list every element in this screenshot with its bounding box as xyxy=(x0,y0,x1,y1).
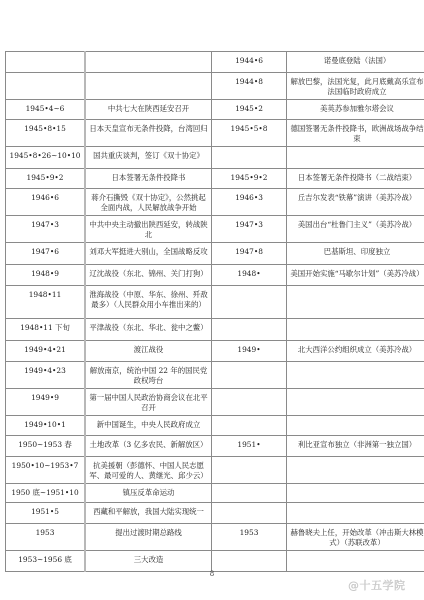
table-row: 1953~1956 底三大改造 xyxy=(6,551,424,572)
china-event-cell: 日本天皇宣布无条件投降，台湾回归 xyxy=(85,120,212,147)
china-event-cell xyxy=(85,52,212,73)
table-row: 1950 底~1951•10镇压反革命运动 xyxy=(6,484,424,503)
china-date-cell: 1949•10•1 xyxy=(6,416,86,436)
china-date-cell: 1945•9•2 xyxy=(6,169,86,189)
table-row: 1945•8•26~10•10国共重庆谈判，签订《双十协定》 xyxy=(6,147,424,169)
world-event-cell: 利比亚宣布独立（非洲第一独立国） xyxy=(287,436,424,457)
china-date-cell: 1950 底~1951•10 xyxy=(6,484,86,503)
world-event-cell xyxy=(287,147,424,169)
china-event-cell: 西藏和平解放，我国大陆实现统一 xyxy=(85,503,212,524)
table-body: 1944•6诺曼底登陆（法国）1944•8解放巴黎，法国光复，此月底戴高乐宣布法… xyxy=(6,52,424,572)
china-event-cell: 淮海战役（中原、华东、徐州、歼敌最多）（人民群众用小车推出来的） xyxy=(85,286,212,319)
table-row: 1953提出过渡时期总路线1953赫鲁晓夫上任，开始改革（冲击斯大林模式）（苏联… xyxy=(6,524,424,551)
china-date-cell: 1950~1953 春 xyxy=(6,436,86,457)
world-date-cell: 1948• xyxy=(212,265,287,286)
world-event-cell: 美英苏参加雅尔塔会议 xyxy=(287,100,424,120)
table-row: 1949•9第一届中国人民政治协商会议在北平召开 xyxy=(6,389,424,416)
world-event-cell xyxy=(287,319,424,341)
world-date-cell xyxy=(212,286,287,319)
table-row: 1949•4•21渡江战役1949•北大西洋公约组织成立（美苏冷战） xyxy=(6,341,424,362)
table-row: 1947•3中共中央主动撤出陕西延安，转战陕北1947•3美国出台“杜鲁门主义”… xyxy=(6,216,424,243)
world-event-cell xyxy=(287,457,424,484)
china-event-cell: 提出过渡时期总路线 xyxy=(85,524,212,551)
world-event-cell: 赫鲁晓夫上任，开始改革（冲击斯大林模式）（苏联改革） xyxy=(287,524,424,551)
world-date-cell: 1945•2 xyxy=(212,100,287,120)
china-date-cell: 1953 xyxy=(6,524,86,551)
china-event-cell: 渡江战役 xyxy=(85,341,212,362)
china-date-cell: 1947•6 xyxy=(6,243,86,265)
world-date-cell: 1951• xyxy=(212,436,287,457)
china-event-cell: 新中国诞生，中央人民政府成立 xyxy=(85,416,212,436)
china-event-cell: 刘邓大军挺进大别山，全国战略反攻 xyxy=(85,243,212,265)
china-event-cell: 日本签署无条件投降书 xyxy=(85,169,212,189)
china-event-cell: 中共中央主动撤出陕西延安，转战陕北 xyxy=(85,216,212,243)
china-event-cell: 国共重庆谈判，签订《双十协定》 xyxy=(85,147,212,169)
china-date-cell: 1949•4•23 xyxy=(6,362,86,389)
china-event-cell: 第一届中国人民政治协商会议在北平召开 xyxy=(85,389,212,416)
table-row: 1949•10•1新中国诞生，中央人民政府成立 xyxy=(6,416,424,436)
world-event-cell: 德国签署无条件投降书，欧洲战场战争结束 xyxy=(287,120,424,147)
table-row: 1950~1953 春土地改革（3 亿多农民、新解放区）1951•利比亚宣布独立… xyxy=(6,436,424,457)
china-date-cell: 1953~1956 底 xyxy=(6,551,86,572)
world-event-cell: 美国开始实施“马歇尔计划”（美苏冷战） xyxy=(287,265,424,286)
world-date-cell: 1946•3 xyxy=(212,189,287,216)
world-date-cell: 1944•6 xyxy=(212,52,287,73)
world-event-cell xyxy=(287,503,424,524)
china-event-cell: 中共七大在陕西延安召开 xyxy=(85,100,212,120)
china-date-cell: 1951•5 xyxy=(6,503,86,524)
world-date-cell: 1953 xyxy=(212,524,287,551)
china-event-cell: 三大改造 xyxy=(85,551,212,572)
china-event-cell: 解放南京，统治中国 22 年的国民党政权垮台 xyxy=(85,362,212,389)
world-date-cell xyxy=(212,362,287,389)
table-row: 1948•11淮海战役（中原、华东、徐州、歼敌最多）（人民群众用小车推出来的） xyxy=(6,286,424,319)
china-event-cell: 镇压反革命运动 xyxy=(85,484,212,503)
world-event-cell xyxy=(287,286,424,319)
china-date-cell: 1947•3 xyxy=(6,216,86,243)
china-date-cell: 1948•11 xyxy=(6,286,86,319)
world-date-cell: 1949• xyxy=(212,341,287,362)
world-date-cell xyxy=(212,503,287,524)
china-event-cell: 蒋介石撕毁《双十协定》，公然挑起全面内战，人民解放战争开始 xyxy=(85,189,212,216)
world-event-cell xyxy=(287,416,424,436)
china-date-cell xyxy=(6,52,86,73)
world-date-cell xyxy=(212,551,287,572)
world-date-cell: 1947•3 xyxy=(212,216,287,243)
table-row: 1947•6刘邓大军挺进大别山，全国战略反攻1947•8巴基斯坦、印度独立 xyxy=(6,243,424,265)
world-date-cell: 1947•8 xyxy=(212,243,287,265)
china-event-cell: 土地改革（3 亿多农民、新解放区） xyxy=(85,436,212,457)
world-date-cell: 1945•5•8 xyxy=(212,120,287,147)
world-event-cell: 日本签署无条件投降书（二战结束） xyxy=(287,169,424,189)
china-date-cell: 1945•8•15 xyxy=(6,120,86,147)
china-date-cell: 1949•4•21 xyxy=(6,341,86,362)
world-event-cell xyxy=(287,362,424,389)
china-date-cell: 1948•11 下旬 xyxy=(6,319,86,341)
china-event-cell xyxy=(85,73,212,100)
table-row: 1950•10~1953•7抗美援朝（彭德怀、中国人民志愿军、最可爱的人、黄继光… xyxy=(6,457,424,484)
world-date-cell: 1945•9•2 xyxy=(212,169,287,189)
world-event-cell: 诺曼底登陆（法国） xyxy=(287,52,424,73)
table-row: 1945•4~6中共七大在陕西延安召开1945•2美英苏参加雅尔塔会议 xyxy=(6,100,424,120)
watermark: @十五学院 xyxy=(348,577,406,593)
china-event-cell: 辽沈战役（东北、锦州、关门打狗） xyxy=(85,265,212,286)
table-row: 1946•6蒋介石撕毁《双十协定》，公然挑起全面内战，人民解放战争开始1946•… xyxy=(6,189,424,216)
china-date-cell: 1945•4~6 xyxy=(6,100,86,120)
table-row: 1951•5西藏和平解放，我国大陆实现统一 xyxy=(6,503,424,524)
table-row: 1944•8解放巴黎，法国光复，此月底戴高乐宣布法国临时政府成立 xyxy=(6,73,424,100)
china-date-cell xyxy=(6,73,86,100)
china-event-cell: 平津战役（东北、华北、瓮中之鳖） xyxy=(85,319,212,341)
china-date-cell: 1949•9 xyxy=(6,389,86,416)
world-event-cell xyxy=(287,551,424,572)
world-event-cell: 解放巴黎，法国光复，此月底戴高乐宣布法国临时政府成立 xyxy=(287,73,424,100)
world-event-cell xyxy=(287,484,424,503)
world-date-cell xyxy=(212,484,287,503)
table-row: 1944•6诺曼底登陆（法国） xyxy=(6,52,424,73)
world-date-cell xyxy=(212,147,287,169)
china-date-cell: 1948•9 xyxy=(6,265,86,286)
table-row: 1948•9辽沈战役（东北、锦州、关门打狗）1948•美国开始实施“马歇尔计划”… xyxy=(6,265,424,286)
china-date-cell: 1946•6 xyxy=(6,189,86,216)
table-row: 1945•8•15日本天皇宣布无条件投降，台湾回归1945•5•8德国签署无条件… xyxy=(6,120,424,147)
world-date-cell xyxy=(212,457,287,484)
table-row: 1945•9•2日本签署无条件投降书1945•9•2日本签署无条件投降书（二战结… xyxy=(6,169,424,189)
china-date-cell: 1950•10~1953•7 xyxy=(6,457,86,484)
china-event-cell: 抗美援朝（彭德怀、中国人民志愿军、最可爱的人、黄继光、邱少云） xyxy=(85,457,212,484)
world-event-cell xyxy=(287,389,424,416)
world-event-cell: 北大西洋公约组织成立（美苏冷战） xyxy=(287,341,424,362)
world-event-cell: 美国出台“杜鲁门主义”（美苏冷战） xyxy=(287,216,424,243)
world-date-cell xyxy=(212,319,287,341)
table-row: 1948•11 下旬平津战役（东北、华北、瓮中之鳖） xyxy=(6,319,424,341)
world-date-cell xyxy=(212,389,287,416)
china-date-cell: 1945•8•26~10•10 xyxy=(6,147,86,169)
world-event-cell: 巴基斯坦、印度独立 xyxy=(287,243,424,265)
world-date-cell xyxy=(212,416,287,436)
history-timeline-table: 1944•6诺曼底登陆（法国）1944•8解放巴黎，法国光复，此月底戴高乐宣布法… xyxy=(5,51,424,572)
table-row: 1949•4•23解放南京，统治中国 22 年的国民党政权垮台 xyxy=(6,362,424,389)
world-date-cell: 1944•8 xyxy=(212,73,287,100)
world-event-cell: 丘吉尔发表“铁幕”演讲（美苏冷战） xyxy=(287,189,424,216)
